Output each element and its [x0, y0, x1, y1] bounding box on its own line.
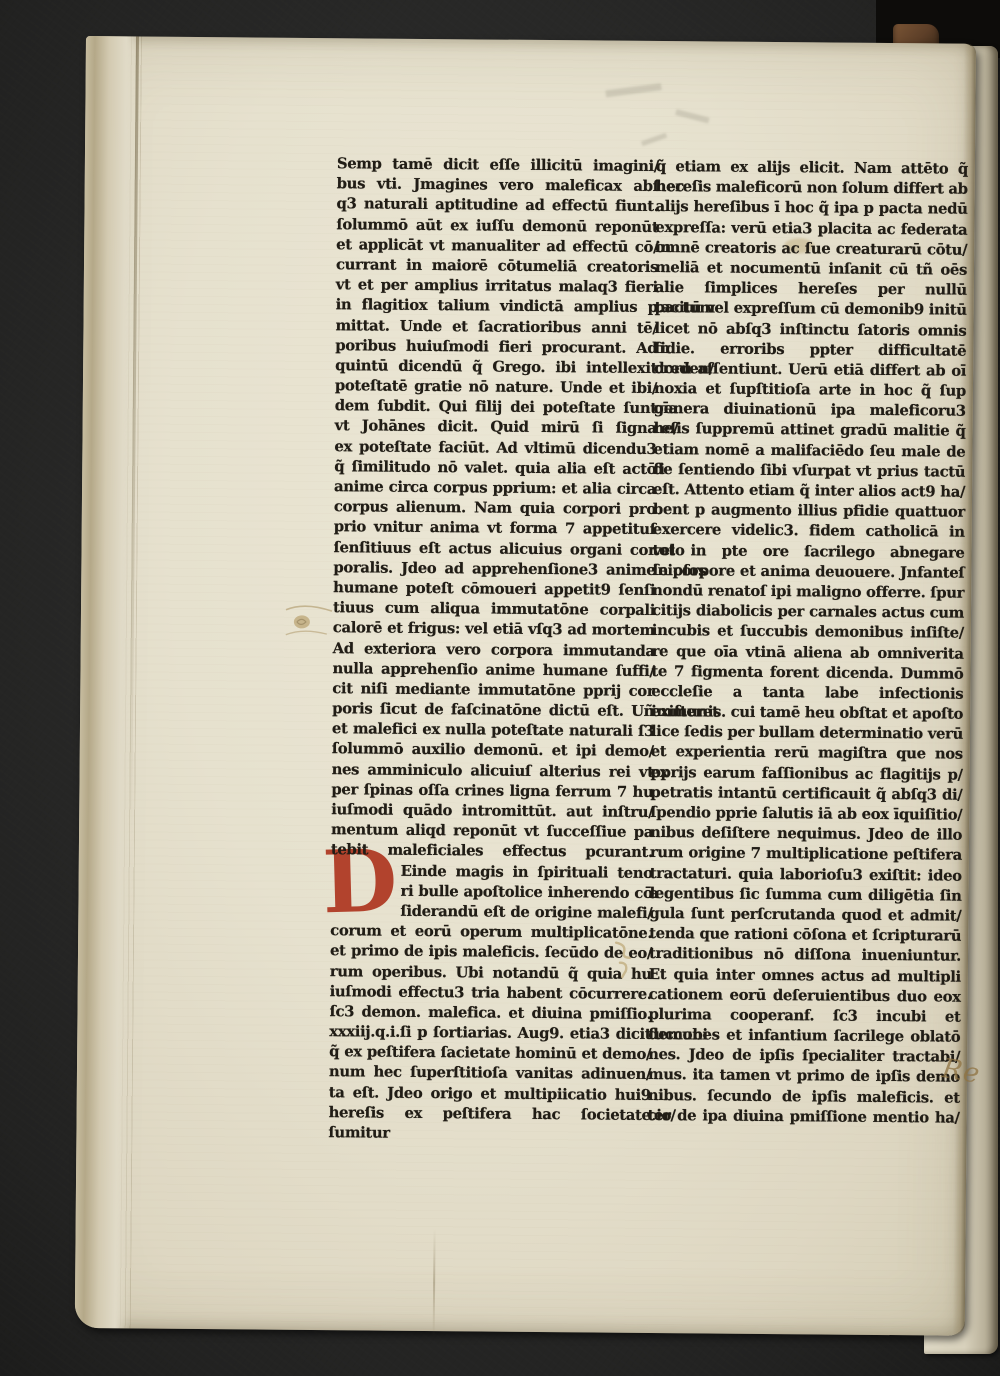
text-line: cio de ipa diuina pmiſſione mentio ha/ — [648, 1106, 960, 1129]
text-line: vt et per amplius irritatus malaq3 fieri — [336, 275, 658, 298]
text-column-right: q̃ etiam ex alijs elicit. Nam attēto q̃ … — [648, 157, 968, 1129]
fore-edge-inscription: Re — [940, 1053, 983, 1090]
text-line: gula ſunt perſcrutanda quod et admit/ — [649, 904, 961, 927]
text-line: re que oīa vtinā aliena ab omniverita — [652, 641, 964, 664]
text-line: in flagitiox talium vindictā amplius p — [336, 296, 658, 319]
text-line: nibus deſiſtere nequimus. Jdeo de illo — [650, 823, 962, 846]
text-line: ſenſitiuus eſt actus alicuius organi cor — [333, 538, 655, 561]
text-line: poris ſicut de faſcinatōne dictū eſt. Uñ — [332, 699, 654, 722]
text-line: xxxiij.q.i.ſi p ſortiarias. Aug9. etia3 … — [329, 1022, 651, 1045]
text-line: Et quia inter omnes actus ad multipli — [649, 964, 961, 987]
text-line: petratis intantū certificauit q̃ abſq3 d… — [650, 783, 962, 806]
text-line: mus. ita tamen vt primo de ipſis demo — [648, 1065, 960, 1088]
text-line: ſolummō aūt ex iuſſu demonū reponūt — [336, 215, 658, 238]
text-line: corpus alienum. Nam quia corpori pro — [334, 497, 656, 520]
text-line: ri bulle apoſtolice inherendo cō — [330, 881, 652, 904]
text-line: eccleſie a tanta labe infectionis exiſte… — [651, 682, 963, 705]
text-line: genera diuinationū ipa maleficoru3 he/ — [654, 399, 966, 422]
text-line: cationem eorū deſeruientibus duo eox — [649, 985, 961, 1008]
text-line: tractaturi. quia laborioſu3 exiſtit: ide… — [650, 864, 962, 887]
text-line: plurima cooperanf. ſc3 incubi et ſuccubi — [648, 1005, 960, 1028]
text-line: in corpore et anima deuouere. Jnfanteſ — [652, 561, 964, 584]
text-line: corum et eorū operum multiplicatōne. — [330, 921, 652, 944]
text-line: currant in maiorē cōtumeliā creatoris — [336, 255, 658, 278]
text-line: iuſmodi effectu3 tria habent cōcurrere. — [330, 982, 652, 1005]
text-line: iuſmodi quādo intromittūt. aut inſtru/ — [331, 800, 653, 823]
text-line: anime circa corpus pprium: et alia circa — [334, 477, 656, 500]
text-line: cit niſi mediante immutatōne pprij cor — [332, 679, 654, 702]
text-line: alie ſimplices hereſes per nullū pactum — [655, 278, 967, 301]
text-line: legentibus ſic ſumma cum diligētia ſin — [649, 884, 961, 907]
text-line: dorū aſſentiunt. Uerū etiā differt ab oī — [654, 359, 966, 382]
text-line: Einde magis in ſpirituali teno — [331, 861, 653, 884]
text-line: mentum aliqd reponūt vt ſucceſſiue pa — [331, 820, 653, 843]
text-line: et malefici ex nulla poteſtate naturali … — [332, 719, 654, 742]
text-line: ſpendio pprie ſalutis iā ab eox īquiſiti… — [650, 803, 962, 826]
text-line: nes amminiculo alicuiuſ alterius rei vt — [332, 760, 654, 783]
text-line: ſiderandū eſt de origine malefi/ — [330, 901, 652, 924]
text-line: Ad exteriora vero corpora immutanda — [333, 639, 655, 662]
scanned-book-photo: D Semp tamē dicit eſſe illicitū imagini/… — [0, 0, 1000, 1376]
text-line: rum operibus. Ubi notandū q̃ quia hu — [330, 962, 652, 985]
text-line: q̃ ex peſtifera ſacietate hominū et demo… — [329, 1042, 651, 1065]
top-pencil-smudge — [605, 83, 661, 97]
text-line: nes. Jdeo de ipſis ſpecialiter tractabi/ — [648, 1045, 960, 1068]
text-line: q3 naturali aptitudine ad effectū fiunt. — [336, 195, 658, 218]
text-line: nibus. ſecundo de ipſis maleficis. et te… — [648, 1086, 960, 1109]
text-line: de ſentiendo ſibi vſurpat vt prius tactū — [653, 460, 965, 483]
text-line: poribus huiuſmodi fieri procurant. Ad — [335, 336, 657, 359]
text-line: num hec ſuperſtitioſa vanitas adinuen/ — [329, 1063, 651, 1086]
text-line: poralis. Jdeo ad apprehenſione3 anime — [333, 558, 655, 581]
text-line: te 7 figmenta forent dicenda. Dummō — [651, 662, 963, 685]
text-line: meliā et nocumentū inſanit cū tñ oēs — [655, 258, 967, 281]
text-line: et primo de ipis maleficis. ſecūdo de eo… — [330, 941, 652, 964]
text-line: demones et infantium ſacrilege oblatō — [648, 1025, 960, 1048]
text-line: reſis ſuppremū attinet gradū malitie q̃ — [653, 419, 965, 442]
text-line: ex poteſtate faciūt. Ad vltimū dicendu3 — [334, 437, 656, 460]
text-line: per ſpinas oſſa crines ligna ferrum 7 hu — [331, 780, 653, 803]
text-line: tacitū vel expreſſum cū demonib9 initū — [655, 298, 967, 321]
text-line: mittat. Unde et ſacratioribus anni tē/ — [335, 316, 657, 339]
text-line: prio vnitur anima vt forma 7 appetituſ — [334, 518, 656, 541]
text-line: citijs diabolicis per carnales actus cum — [652, 601, 964, 624]
text-line: tiuus cum aliqua immutatōne corpali — [333, 598, 655, 621]
text-line: dem ſubdit. Qui filij dei poteſtate ſunt — [335, 396, 657, 419]
text-line: fidie. erroribs ppter difficultatē crede… — [654, 339, 966, 362]
text-line: et applicāt vt manualiter ad effectū cō/ — [336, 235, 658, 258]
text-line: licet nō abſq3 inſtinctu ſatoris omnis i… — [654, 318, 966, 341]
text-line: ſolummō auxilio demonū. et ipi demo/ — [332, 740, 654, 763]
left-margin-ink-mark — [283, 600, 335, 644]
paper-crease — [433, 1229, 436, 1337]
text-line: alijs hereſibus ī hoc q̃ ipa p pacta ned… — [655, 197, 967, 220]
top-pencil-smudge — [641, 133, 667, 146]
text-line: noxia et ſupſtitioſa arte in hoc q̃ ſup … — [654, 379, 966, 402]
text-line: incubis et ſuccubis demonibus inſiſte/ — [652, 621, 964, 644]
text-line: pprijs earum faſſionibus ac flagitijs p/ — [651, 763, 963, 786]
text-line: vt Johānes dicit. Quid mirū ſi ſigna — [335, 417, 657, 440]
text-line: tebit maleficiales effectus pcurant. — [331, 841, 653, 864]
text-line: et experientia rerū magiſtra que nos ex — [651, 742, 963, 765]
text-line: lice ſedis per bullam determinatio verū — [651, 722, 963, 745]
text-line: nulla apprehenſio anime humane ſuffi/ — [332, 659, 654, 682]
text-line: quintū dicendū q̃ Grego. ibi intellexit — [335, 356, 657, 379]
text-line: immunis. cui tamē heu obſtat et apoſto — [651, 702, 963, 725]
text-line: traditionibus nō diſſona inueniuntur. — [649, 944, 961, 967]
text-column-left: Semp tamē dicit eſſe illicitū imagini/bu… — [329, 154, 659, 1126]
text-line: omnē creatoris ac ſue creaturarū cōtu/ — [655, 238, 967, 261]
text-line: humane poteſt cōmoueri appetit9 ſenſi — [333, 578, 655, 601]
text-line: calorē et frigus: vel etiā vſq3 ad morte… — [333, 618, 655, 641]
text-line: bus vti. Jmagines vero maleficax abſ — [337, 174, 659, 197]
text-line: Semp tamē dicit eſſe illicitū imagini/ — [337, 154, 659, 177]
text-line: q̃ etiam ex alijs elicit. Nam attēto q̃ … — [656, 157, 968, 180]
text-line: nondū renatoſ ipi maligno offerre. ſpur — [652, 581, 964, 604]
text-line: expreſſa: verū etia3 placita ac federata… — [655, 218, 967, 241]
text-line: poteſtatē gratie nō nature. Unde et ibi/ — [335, 376, 657, 399]
text-line: etiam nomē a malifaciēdo ſeu male de fi — [653, 440, 965, 463]
text-line: hereſis maleficorū non ſolum differt ab — [656, 177, 968, 200]
text-line: rum origine 7 multiplicatione peſtifera — [650, 843, 962, 866]
text-line: ſc3 demon. malefica. et diuina pmiſſio. — [329, 1002, 651, 1025]
text-line: vel in pte ore ſacrilego abnegare ſeipſo… — [652, 541, 964, 564]
text-line: q̃ ſimilitudo nō valet. quia alia eſt ac… — [334, 457, 656, 480]
text-line: exercere videlic3. fidem catholicā in to… — [653, 520, 965, 543]
text-line: eſt. Attento etiam q̃ inter alios act9 h… — [653, 480, 965, 503]
gutter-page-stack-edges — [75, 36, 142, 1328]
top-pencil-smudge — [675, 109, 709, 123]
text-line: hereſis ex peſtifera hac ſocietate ſumit… — [329, 1103, 651, 1126]
text-line: bent p augmento illius pfidie quattuor — [653, 500, 965, 523]
text-line: tenda que rationi cōſona et ſcripturarū — [649, 924, 961, 947]
book-page: D Semp tamē dicit eſſe illicitū imagini/… — [75, 36, 976, 1336]
text-line: ta eſt. Jdeo origo et multipiicatio hui9 — [329, 1083, 651, 1106]
